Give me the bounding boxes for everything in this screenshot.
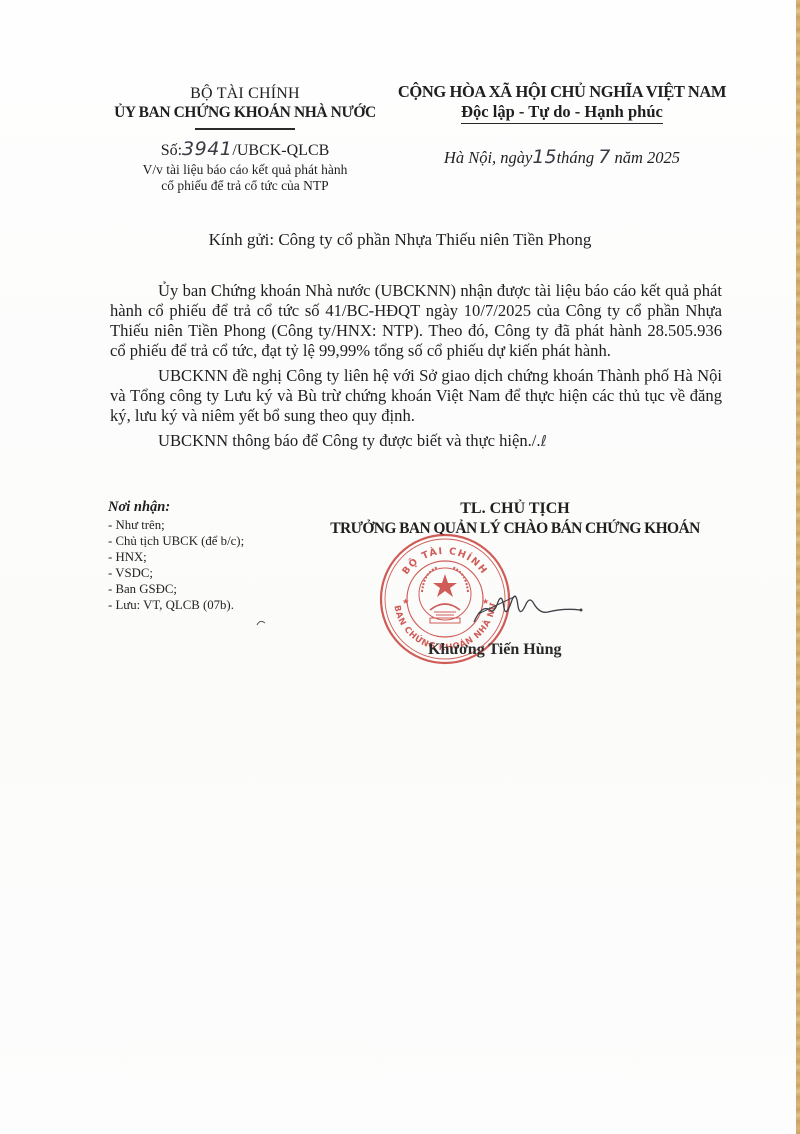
recipient-item: - Ban GSĐC; — [108, 581, 328, 597]
issuing-authority-block: BỘ TÀI CHÍNH ỦY BAN CHỨNG KHOÁN NHÀ NƯỚC… — [100, 84, 390, 194]
agency-name: ỦY BAN CHỨNG KHOÁN NHÀ NƯỚC — [100, 103, 390, 122]
svg-text:★: ★ — [402, 597, 409, 606]
addressee-line: Kính gửi: Công ty cổ phần Nhựa Thiếu niê… — [0, 230, 800, 250]
recipient-item: - Lưu: VT, QLCB (07b). — [108, 597, 328, 613]
signer-role: TRƯỞNG BAN QUẢN LÝ CHÀO BÁN CHỨNG KHOÁN — [300, 519, 730, 539]
year-text: năm 2025 — [615, 148, 681, 167]
place-and-date: Hà Nội, ngày15tháng 7 năm 2025 — [392, 146, 732, 169]
signature-block: TL. CHỦ TỊCH TRƯỞNG BAN QUẢN LÝ CHÀO BÁN… — [300, 499, 730, 539]
desk-edge-background — [796, 0, 800, 1134]
day-handwritten: 15 — [532, 146, 556, 168]
letter-body: Ủy ban Chứng khoán Nhà nước (UBCKNN) nhậ… — [110, 281, 722, 456]
body-paragraph-1: Ủy ban Chứng khoán Nhà nước (UBCKNN) nhậ… — [110, 281, 722, 361]
recipients-title: Nơi nhận: — [108, 498, 328, 516]
recipient-item: - Chủ tịch UBCK (để b/c); — [108, 533, 328, 549]
handwritten-signature-icon — [468, 574, 588, 634]
recipient-item: - Như trên; — [108, 517, 328, 533]
ministry-name: BỘ TÀI CHÍNH — [100, 84, 390, 103]
subject-line-2: cổ phiếu để trả cổ tức của NTP — [100, 178, 390, 194]
recipient-item: - VSDC; — [108, 565, 328, 581]
body-closing: UBCKNN thông báo để Công ty được biết và… — [110, 431, 722, 451]
closing-text: UBCKNN thông báo để Công ty được biết và… — [158, 431, 541, 450]
doc-number-handwritten: 3941 — [182, 138, 232, 160]
doc-number-prefix: Số: — [161, 142, 182, 159]
on-behalf-title: TL. CHỦ TỊCH — [300, 499, 730, 519]
recipients-list: - Như trên; - Chủ tịch UBCK (để b/c); - … — [108, 517, 328, 613]
recipients-block: Nơi nhận: - Như trên; - Chủ tịch UBCK (đ… — [108, 498, 328, 613]
signer-name: Khương Tiến Hùng — [428, 640, 561, 660]
body-paragraph-2: UBCKNN đề nghị Công ty liên hệ với Sở gi… — [110, 366, 722, 426]
national-motto: Độc lập - Tự do - Hạnh phúc — [461, 102, 663, 124]
national-header-block: CỘNG HÒA XÃ HỘI CHỦ NGHĨA VIỆT NAM Độc l… — [392, 82, 732, 169]
month-label: tháng — [557, 148, 595, 167]
recipient-item: - HNX; — [108, 549, 328, 565]
closing-handwritten-mark: ℓ — [541, 432, 547, 450]
nation-name: CỘNG HÒA XÃ HỘI CHỦ NGHĨA VIỆT NAM — [392, 82, 732, 102]
document-number: Số:3941/UBCK-QLCB — [100, 138, 390, 162]
document-page: BỘ TÀI CHÍNH ỦY BAN CHỨNG KHOÁN NHÀ NƯỚC… — [0, 0, 796, 1134]
subject-line-1: V/v tài liệu báo cáo kết quả phát hành — [100, 162, 390, 178]
month-handwritten: 7 — [598, 146, 610, 168]
header-left-underline — [195, 128, 295, 130]
handwritten-tick-mark-icon — [256, 618, 266, 626]
doc-number-suffix: /UBCK-QLCB — [232, 142, 329, 159]
place-prefix: Hà Nội, ngày — [444, 148, 532, 167]
